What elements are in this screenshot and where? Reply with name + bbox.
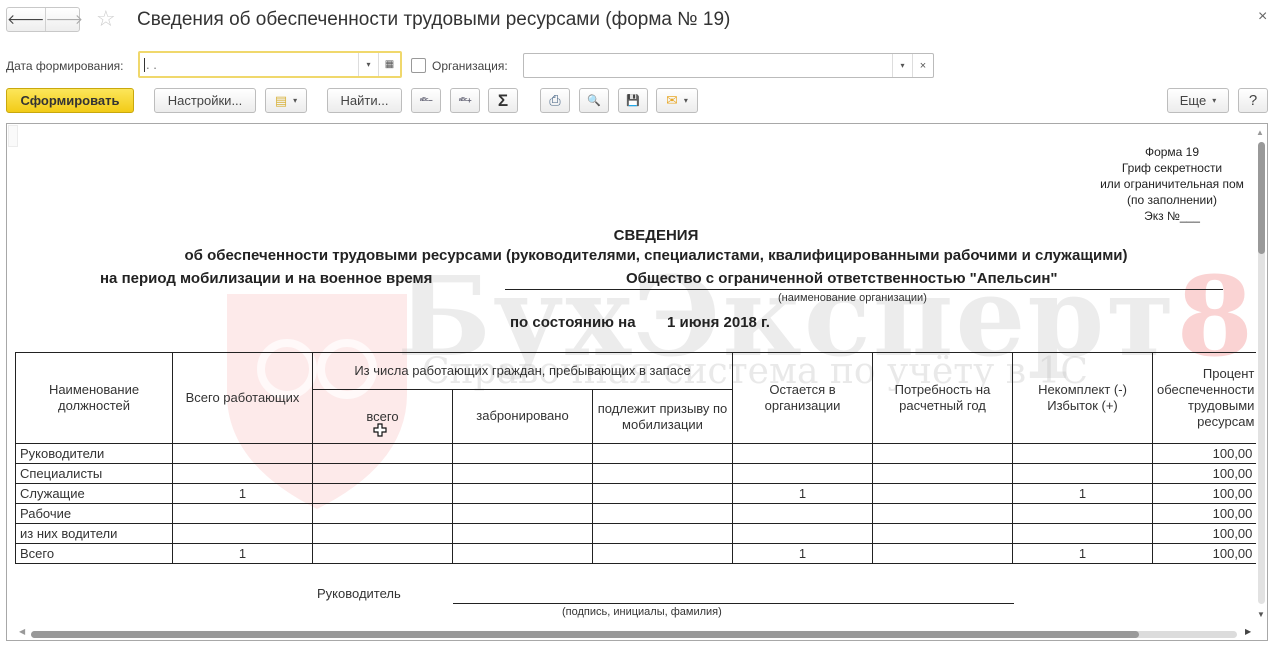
cell-percent[interactable]: 100,00 bbox=[1153, 484, 1257, 504]
close-icon[interactable]: × bbox=[1258, 8, 1267, 26]
cell-reserve-total[interactable] bbox=[313, 444, 453, 464]
form-number: Форма 19 bbox=[1087, 144, 1257, 160]
report-document: Форма 19 Гриф секретности или ограничите… bbox=[7, 124, 1257, 634]
cell-shortage[interactable] bbox=[1013, 444, 1153, 464]
cell-reserve-total[interactable] bbox=[313, 484, 453, 504]
save-button[interactable]: 💾 bbox=[618, 88, 648, 113]
cell-percent[interactable]: 100,00 bbox=[1153, 544, 1257, 564]
cell-total[interactable] bbox=[173, 524, 313, 544]
header-mobilization: подлежит призыву по мобилизации bbox=[593, 390, 733, 444]
signature-label: Руководитель bbox=[317, 586, 401, 601]
organization-caption: (наименование организации) bbox=[778, 292, 927, 304]
cell-total[interactable] bbox=[173, 444, 313, 464]
signature-line bbox=[453, 603, 1014, 604]
table-row: Служащие111100,00 bbox=[16, 484, 1257, 504]
chevron-down-icon[interactable]: ▾ bbox=[892, 54, 912, 77]
back-button[interactable]: 🡐 bbox=[7, 8, 45, 31]
cell-shortage[interactable] bbox=[1013, 504, 1153, 524]
report-table: Наименование должностей Всего работающих… bbox=[15, 352, 1256, 564]
cell-reserved[interactable] bbox=[453, 484, 593, 504]
more-button[interactable]: Еще ▾ bbox=[1167, 88, 1229, 113]
report-variants-button[interactable]: ▤ ▾ bbox=[265, 88, 307, 113]
cell-remaining[interactable]: 1 bbox=[733, 544, 873, 564]
organization-underline bbox=[505, 289, 1223, 290]
date-field[interactable]: . . ▾ ▦ bbox=[138, 51, 402, 78]
print-button[interactable]: ⎙ bbox=[540, 88, 570, 113]
header-total-working: Всего работающих bbox=[173, 353, 313, 444]
cell-remaining[interactable] bbox=[733, 504, 873, 524]
cell-mobilization[interactable] bbox=[593, 484, 733, 504]
clear-icon[interactable]: × bbox=[912, 54, 933, 77]
find-button[interactable]: Найти... bbox=[327, 88, 402, 113]
calendar-icon[interactable]: ▦ bbox=[378, 53, 400, 76]
table-row: из них водители100,00 bbox=[16, 524, 1257, 544]
cell-mobilization[interactable] bbox=[593, 444, 733, 464]
chevron-down-icon: ▾ bbox=[684, 96, 688, 105]
report-spreadsheet[interactable]: БухЭксперт8 Справочная система по учёту … bbox=[6, 123, 1268, 641]
organization-name: Общество с ограниченной ответственностью… bbox=[626, 269, 1058, 289]
window-title: Сведения об обеспеченности трудовыми рес… bbox=[137, 8, 730, 32]
cell-reserved[interactable] bbox=[453, 444, 593, 464]
report-title: СВЕДЕНИЯ bbox=[6, 226, 1268, 246]
scroll-right-icon[interactable]: ▶ bbox=[1245, 627, 1251, 636]
horizontal-scrollbar[interactable]: ◀ ▶ bbox=[7, 627, 1268, 641]
collapse-icon: ᵃᴮᶜ− bbox=[420, 96, 432, 105]
header-reserved: забронировано bbox=[453, 390, 593, 444]
printer-icon: ⎙ bbox=[549, 92, 560, 109]
restriction-note: или ограничительная пом bbox=[1087, 176, 1257, 192]
arrow-right-icon: 🡒 bbox=[46, 11, 84, 28]
signature-caption: (подпись, инициалы, фамилия) bbox=[562, 606, 722, 618]
cell-mobilization[interactable] bbox=[593, 504, 733, 524]
cell-mobilization[interactable] bbox=[593, 544, 733, 564]
cell-percent[interactable]: 100,00 bbox=[1153, 464, 1257, 484]
as-of-date: 1 июня 2018 г. bbox=[667, 313, 770, 333]
expand-groups-button[interactable]: ᵃᴮᶜ+ bbox=[450, 88, 480, 113]
cell-reserved[interactable] bbox=[453, 544, 593, 564]
sum-button[interactable]: Σ bbox=[488, 88, 518, 113]
chevron-down-icon: ▾ bbox=[293, 96, 297, 105]
cell-name[interactable]: Специалисты bbox=[16, 464, 173, 484]
cell-need[interactable] bbox=[873, 484, 1013, 504]
cell-shortage[interactable] bbox=[1013, 524, 1153, 544]
date-value: . . bbox=[146, 57, 157, 72]
cell-name[interactable]: из них водители bbox=[16, 524, 173, 544]
cell-reserved[interactable] bbox=[453, 504, 593, 524]
cell-need[interactable] bbox=[873, 504, 1013, 524]
settings-button[interactable]: Настройки... bbox=[154, 88, 256, 113]
scroll-up-icon[interactable]: ▲ bbox=[1256, 128, 1264, 137]
cell-need[interactable] bbox=[873, 444, 1013, 464]
header-position: Наименование должностей bbox=[16, 353, 173, 444]
table-row: Всего111100,00 bbox=[16, 544, 1257, 564]
form-header-block: Форма 19 Гриф секретности или ограничите… bbox=[1087, 144, 1257, 224]
sigma-icon: Σ bbox=[498, 91, 508, 111]
cell-remaining[interactable] bbox=[733, 524, 873, 544]
envelope-icon: ✉ bbox=[666, 92, 678, 109]
cell-need[interactable] bbox=[873, 464, 1013, 484]
generate-button[interactable]: Сформировать bbox=[6, 88, 134, 113]
cell-reserved[interactable] bbox=[453, 464, 593, 484]
cell-percent[interactable]: 100,00 bbox=[1153, 504, 1257, 524]
floppy-disk-icon: 💾 bbox=[626, 94, 640, 107]
cell-name[interactable]: Руководители bbox=[16, 444, 173, 464]
collapse-groups-button[interactable]: ᵃᴮᶜ− bbox=[411, 88, 441, 113]
fill-note: (по заполнении) bbox=[1087, 192, 1257, 208]
cell-mobilization[interactable] bbox=[593, 464, 733, 484]
cell-total[interactable] bbox=[173, 464, 313, 484]
header-shortage: Некомплект (-) Избыток (+) bbox=[1013, 353, 1153, 444]
cell-shortage[interactable]: 1 bbox=[1013, 484, 1153, 504]
cell-total[interactable]: 1 bbox=[173, 484, 313, 504]
cell-remaining[interactable] bbox=[733, 444, 873, 464]
cell-name[interactable]: Всего bbox=[16, 544, 173, 564]
header-remaining: Остается в организации bbox=[733, 353, 873, 444]
as-of-label: по состоянию на bbox=[510, 313, 636, 333]
cell-cursor-icon bbox=[373, 423, 387, 437]
report-subtitle: об обеспеченности трудовыми ресурсами (р… bbox=[6, 246, 1268, 266]
table-row: Специалисты100,00 bbox=[16, 464, 1257, 484]
scroll-left-icon[interactable]: ◀ bbox=[19, 627, 25, 636]
cell-reserve-total[interactable] bbox=[313, 544, 453, 564]
cell-name[interactable]: Служащие bbox=[16, 484, 173, 504]
preview-icon: 🔍 bbox=[587, 94, 601, 107]
vertical-scroll-thumb[interactable] bbox=[1258, 142, 1265, 254]
send-email-button[interactable]: ✉ ▾ bbox=[656, 88, 698, 113]
more-label: Еще bbox=[1180, 93, 1206, 108]
cell-total[interactable] bbox=[173, 504, 313, 524]
cell-remaining[interactable] bbox=[733, 464, 873, 484]
folder-icon: ▤ bbox=[275, 93, 287, 109]
secrecy-stamp: Гриф секретности bbox=[1087, 160, 1257, 176]
cell-reserve-total[interactable] bbox=[313, 524, 453, 544]
forward-button[interactable]: 🡒 bbox=[45, 8, 84, 31]
chevron-down-icon: ▾ bbox=[1212, 96, 1216, 105]
vertical-scrollbar[interactable]: ▲ ▼ bbox=[1254, 124, 1268, 624]
cell-reserved[interactable] bbox=[453, 524, 593, 544]
cell-percent[interactable]: 100,00 bbox=[1153, 524, 1257, 544]
cell-name[interactable]: Рабочие bbox=[16, 504, 173, 524]
organization-label: Организация: bbox=[432, 58, 508, 74]
header-reserve-group: Из числа работающих граждан, пребывающих… bbox=[313, 353, 733, 390]
arrow-left-icon: 🡐 bbox=[7, 11, 45, 28]
organization-checkbox[interactable] bbox=[411, 58, 426, 73]
cell-reserve-total[interactable] bbox=[313, 504, 453, 524]
expand-icon: ᵃᴮᶜ+ bbox=[459, 96, 471, 105]
period-text: на период мобилизации и на военное время bbox=[100, 269, 432, 289]
help-button[interactable]: ? bbox=[1238, 88, 1268, 113]
cell-percent[interactable]: 100,00 bbox=[1153, 444, 1257, 464]
cell-total[interactable]: 1 bbox=[173, 544, 313, 564]
cell-need[interactable] bbox=[873, 524, 1013, 544]
header-percent: Процент обеспеченности трудовыми ресурса… bbox=[1153, 353, 1257, 444]
chevron-down-icon[interactable]: ▾ bbox=[358, 53, 378, 76]
cell-remaining[interactable]: 1 bbox=[733, 484, 873, 504]
cell-reserve-total[interactable] bbox=[313, 464, 453, 484]
preview-button[interactable]: 🔍 bbox=[579, 88, 609, 113]
table-row: Руководители100,00 bbox=[16, 444, 1257, 464]
header-need: Потребность на расчетный год bbox=[873, 353, 1013, 444]
table-row: Рабочие100,00 bbox=[16, 504, 1257, 524]
copy-number: Экз №___ bbox=[1087, 208, 1257, 224]
cell-mobilization[interactable] bbox=[593, 524, 733, 544]
star-icon[interactable]: ☆ bbox=[96, 6, 116, 32]
text-caret bbox=[144, 58, 145, 72]
date-label: Дата формирования: bbox=[6, 58, 124, 74]
horizontal-scroll-thumb[interactable] bbox=[31, 631, 1139, 638]
cell-need[interactable] bbox=[873, 544, 1013, 564]
organization-field[interactable]: ▾ × bbox=[523, 53, 934, 78]
navigation-buttons: 🡐 🡒 bbox=[6, 7, 80, 32]
cell-shortage[interactable] bbox=[1013, 464, 1153, 484]
cell-shortage[interactable]: 1 bbox=[1013, 544, 1153, 564]
scroll-down-icon[interactable]: ▼ bbox=[1257, 610, 1265, 619]
